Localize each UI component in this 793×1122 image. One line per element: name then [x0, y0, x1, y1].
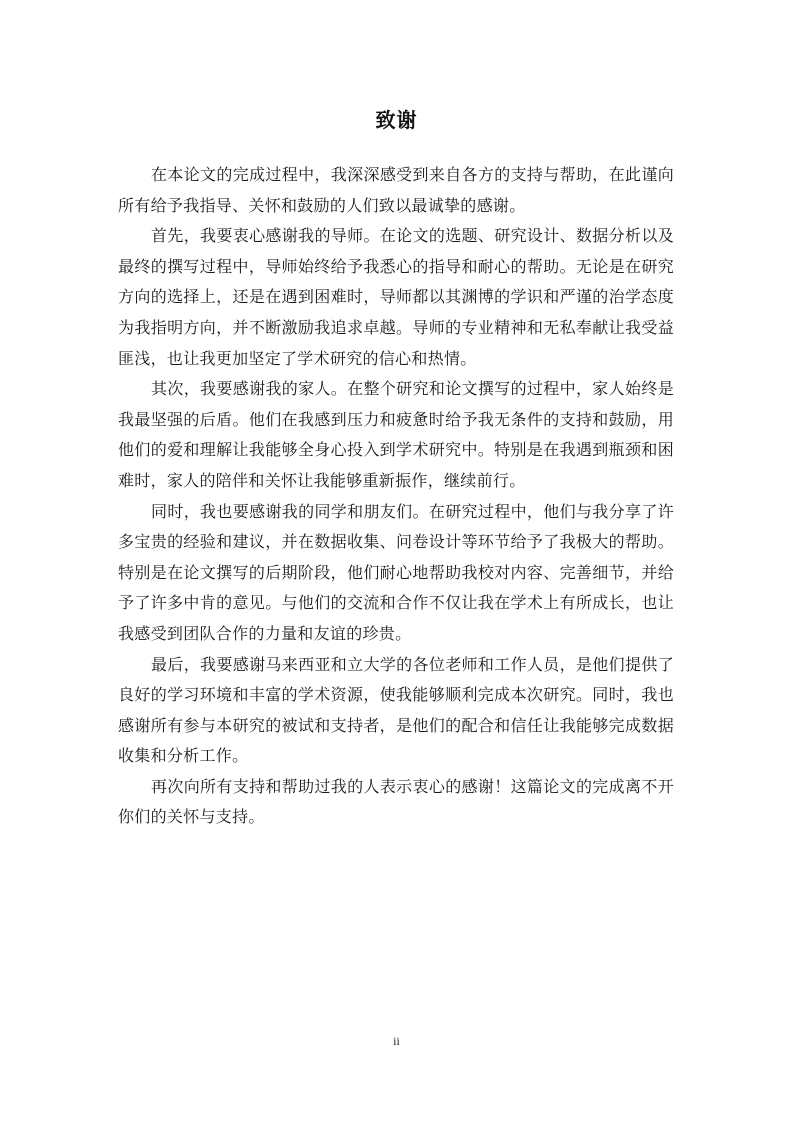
page-title: 致谢 — [0, 104, 793, 133]
page-number: ii — [0, 1034, 793, 1049]
paragraph-closing: 再次向所有支持和帮助过我的人表示衷心的感谢！这篇论文的完成离不开你们的关怀与支持… — [118, 772, 674, 833]
paragraph-family: 其次，我要感谢我的家人。在整个研究和论文撰写的过程中，家人始终是我最坚强的后盾。… — [118, 374, 674, 496]
paragraph-intro: 在本论文的完成过程中，我深深感受到来自各方的支持与帮助，在此谨向所有给予我指导、… — [118, 160, 674, 221]
paragraph-friends: 同时，我也要感谢我的同学和朋友们。在研究过程中，他们与我分享了许多宝贵的经验和建… — [118, 497, 674, 650]
paragraph-advisor: 首先，我要衷心感谢我的导师。在论文的选题、研究设计、数据分析以及最终的撰写过程中… — [118, 221, 674, 374]
document-page: 致谢 在本论文的完成过程中，我深深感受到来自各方的支持与帮助，在此谨向所有给予我… — [0, 0, 793, 1122]
acknowledgement-body: 在本论文的完成过程中，我深深感受到来自各方的支持与帮助，在此谨向所有给予我指导、… — [118, 160, 674, 833]
paragraph-university: 最后，我要感谢马来西亚和立大学的各位老师和工作人员，是他们提供了良好的学习环境和… — [118, 650, 674, 772]
